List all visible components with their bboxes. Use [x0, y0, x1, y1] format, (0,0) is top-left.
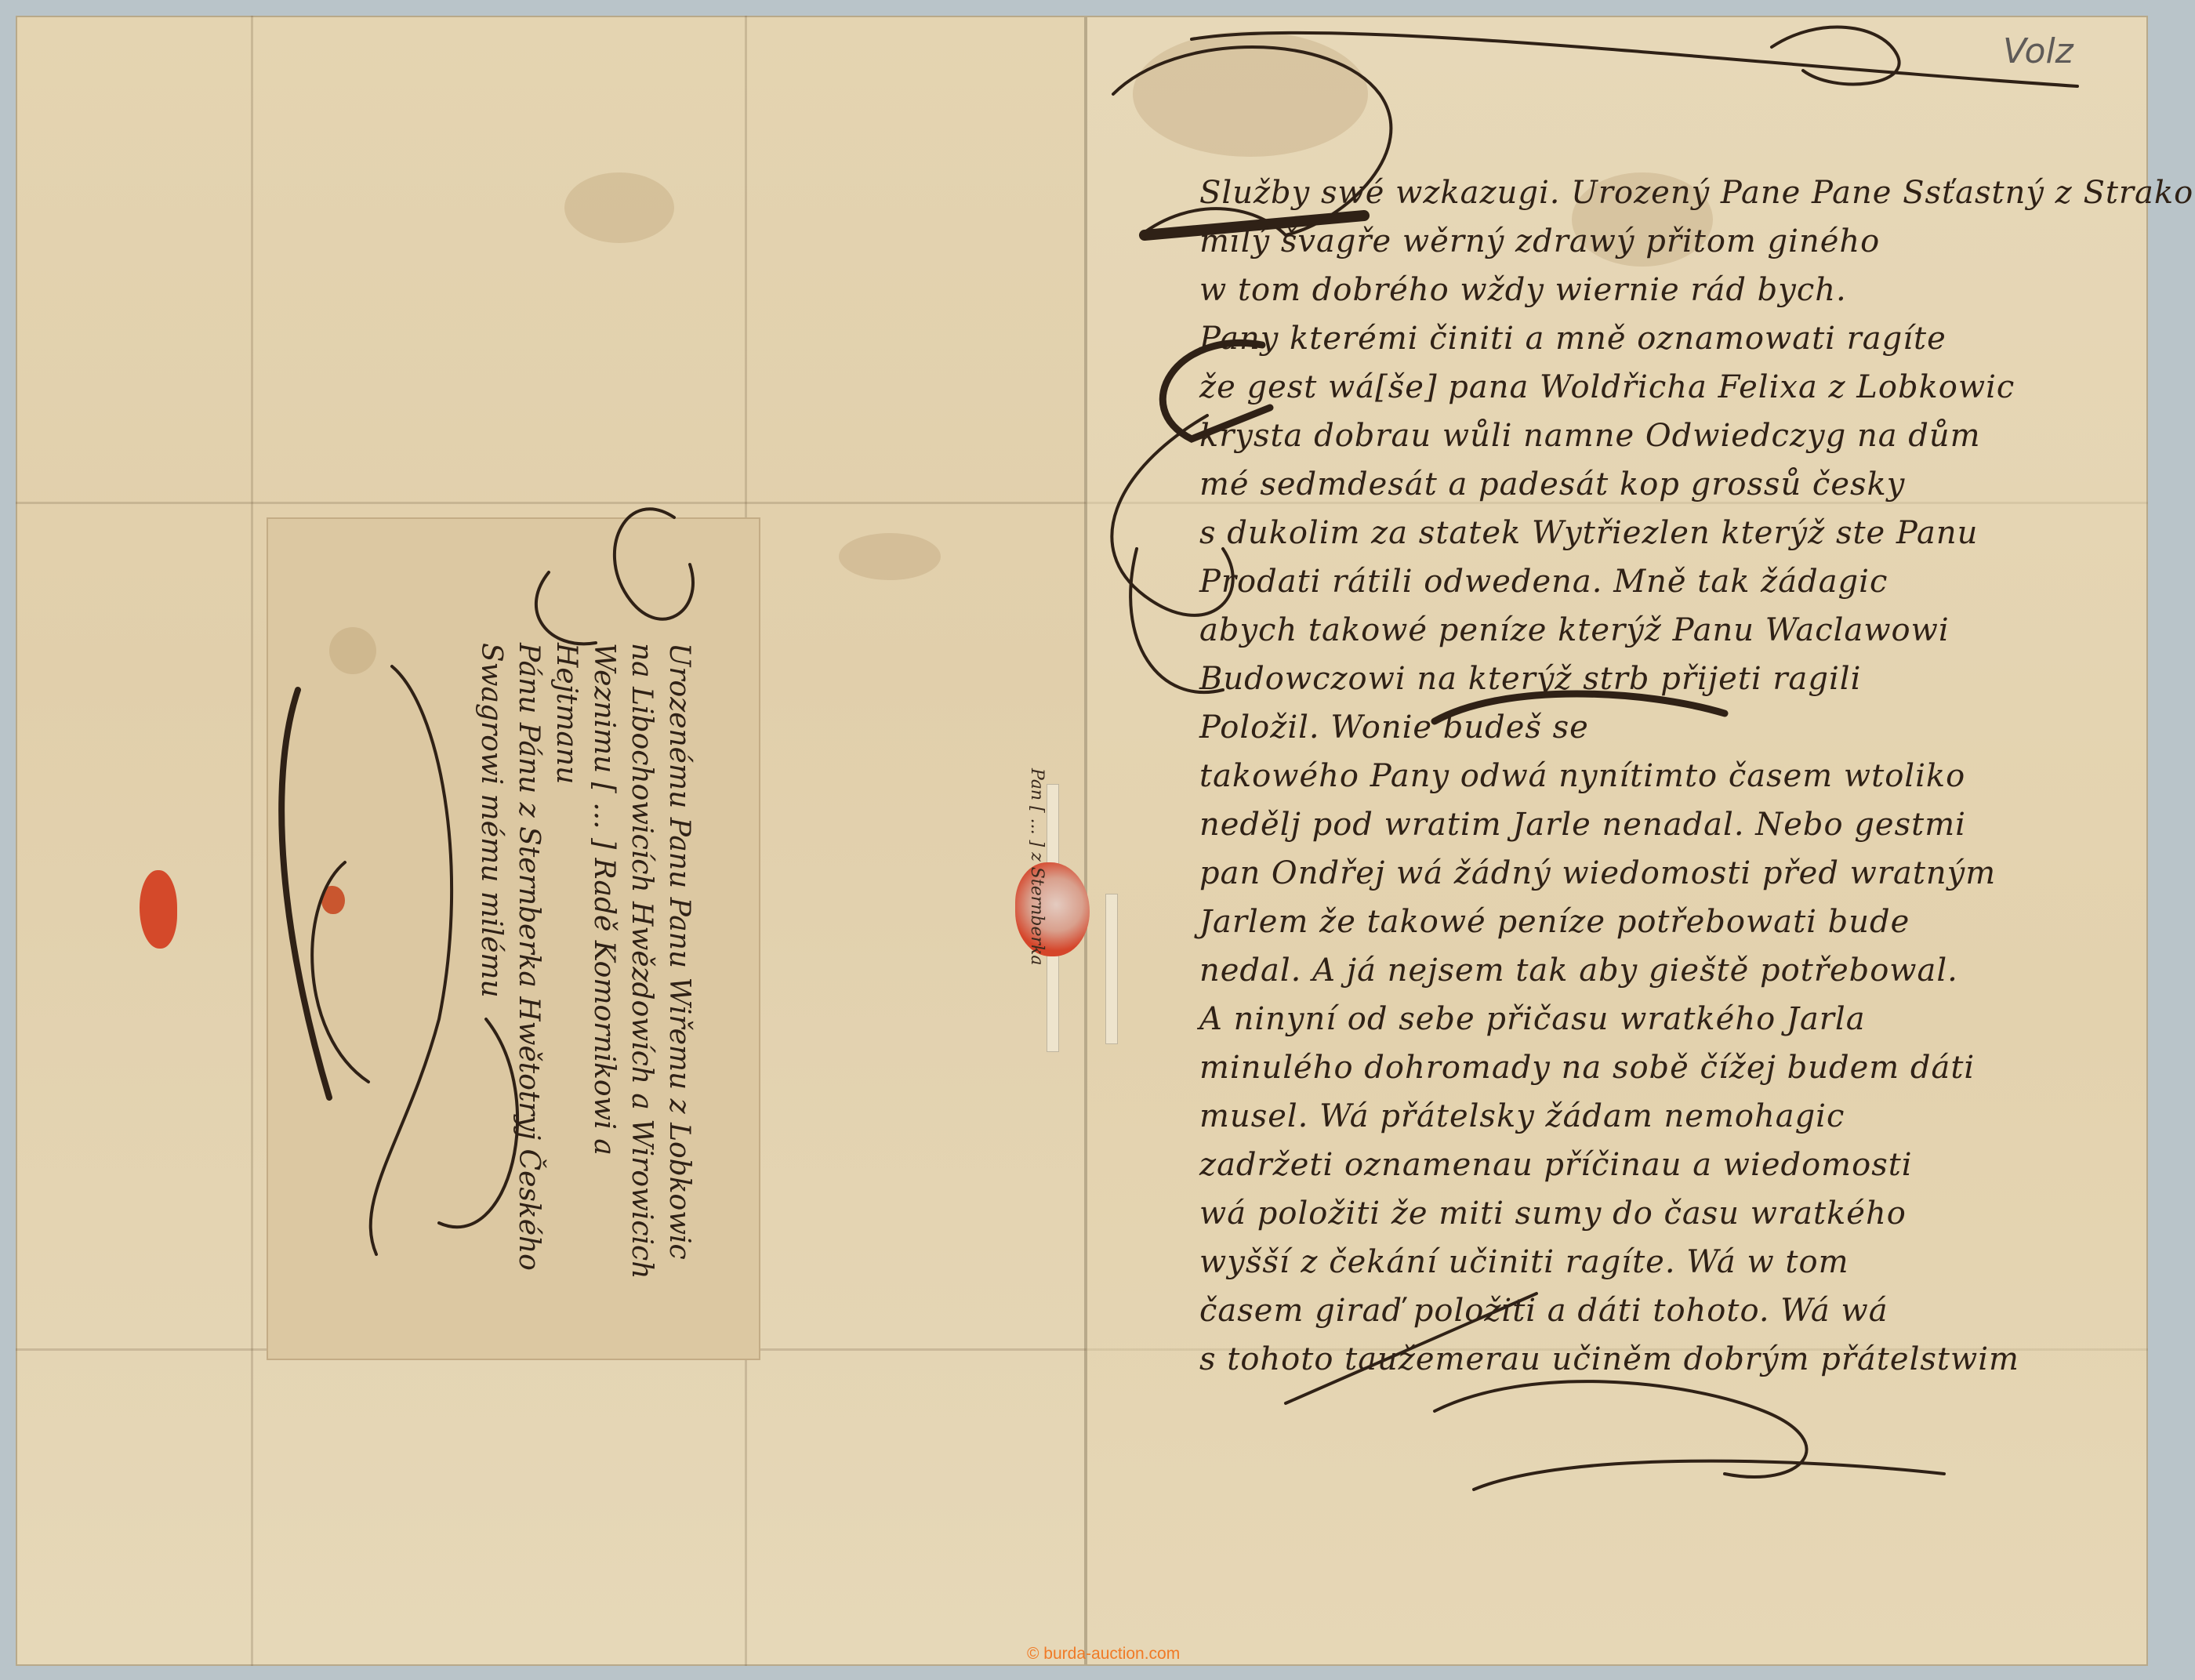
letter-line: takowého Pany odwá nynítimto časem wtoli…: [1199, 752, 2140, 800]
letter-line: mé sedmdesát a padesát kop grossů česky: [1199, 460, 2140, 509]
wax-seal-fragment: [321, 886, 345, 914]
stain: [564, 172, 674, 243]
watermark: © burda-auction.com: [1027, 1645, 1180, 1664]
letter-line: nedělj pod wratim Jarle nenadal. Nebo ge…: [1199, 800, 2140, 849]
letter-line: nedal. A já nejsem tak aby gieště potřeb…: [1199, 946, 2140, 995]
letter-line: milý švagře wěrný zdrawý přitom giného: [1199, 217, 2140, 266]
letter-line: Služby swé wzkazugi. Urozený Pane Pane S…: [1199, 169, 2140, 217]
endorsement-note: Pan [ ... ] z Sternberka: [1027, 768, 1047, 966]
letter-line: s tohoto taužemerau učiněm dobrým přátel…: [1199, 1335, 2140, 1384]
letter-line: že gest wá[še] pana Woldřicha Felixa z L…: [1199, 363, 2140, 412]
letter-line: wyšší z čekání učiniti ragíte. Wá w tom: [1199, 1238, 2140, 1286]
letter-body: Služby swé wzkazugi. Urozený Pane Pane S…: [1199, 169, 2140, 1384]
pencil-annotation: Volz: [2003, 31, 2073, 71]
letter-line: minulého dohromady na sobě čížej budem d…: [1199, 1043, 2140, 1092]
letter-line: abych takowé peníze kterýž Panu Waclawow…: [1199, 606, 2140, 655]
letter-line: Pany kterémi činiti a mně oznamowati rag…: [1199, 314, 2140, 363]
letter-line: wá položiti že miti sumy do času wratkéh…: [1199, 1189, 2140, 1238]
stain: [329, 627, 376, 674]
address-block: Urozenému Panu Panu Wiřemu z Lobkowic na…: [472, 643, 698, 1286]
address-line: Pánu Pánu z Sternberka Hwětotryj Českého: [510, 643, 547, 1286]
address-line: Weznimu [ ... ] Radě Komornikowi a Hejtm…: [547, 643, 622, 1286]
address-line: na Libochowicích Hwězdowích a Wirowicich: [622, 643, 660, 1286]
letter-line: Jarlem že takowé peníze potřebowati bude: [1199, 898, 2140, 946]
letter-line: Prodati rátili odwedena. Mně tak žádagic: [1199, 557, 2140, 606]
letter-line: krysta dobrau wůli namne Odwiedczyg na d…: [1199, 412, 2140, 460]
wax-seal-fragment: [140, 870, 177, 949]
fold-line: [16, 502, 1086, 504]
address-line: Swagrowi mému milému: [472, 643, 510, 1286]
letter-line: Položil. Wonie budeš se: [1199, 703, 2140, 752]
letter-line: s dukolim za statek Wytřiezlen kterýž st…: [1199, 509, 2140, 557]
letter-line: musel. Wá přátelsky žádam nemohagic: [1199, 1092, 2140, 1141]
letter-line: Budowczowi na kterýž strb přijeti ragili: [1199, 655, 2140, 703]
stain: [839, 533, 941, 580]
letter-line: A ninyní od sebe přičasu wratkého Jarla: [1199, 995, 2140, 1043]
stain: [1133, 31, 1368, 157]
fold-line: [251, 16, 253, 1666]
letter-line: časem giraď položiti a dáti tohoto. Wá w…: [1199, 1286, 2140, 1335]
seal-paper-strip: [1105, 894, 1118, 1044]
letter-line: pan Ondřej wá žádný wiedomosti před wrat…: [1199, 849, 2140, 898]
letter-line: zadržeti oznamenau příčinau a wiedomosti: [1199, 1141, 2140, 1189]
address-line: Urozenému Panu Panu Wiřemu z Lobkowic: [660, 643, 698, 1286]
letter-line: w tom dobrého wždy wiernie rád bych.: [1199, 266, 2140, 314]
